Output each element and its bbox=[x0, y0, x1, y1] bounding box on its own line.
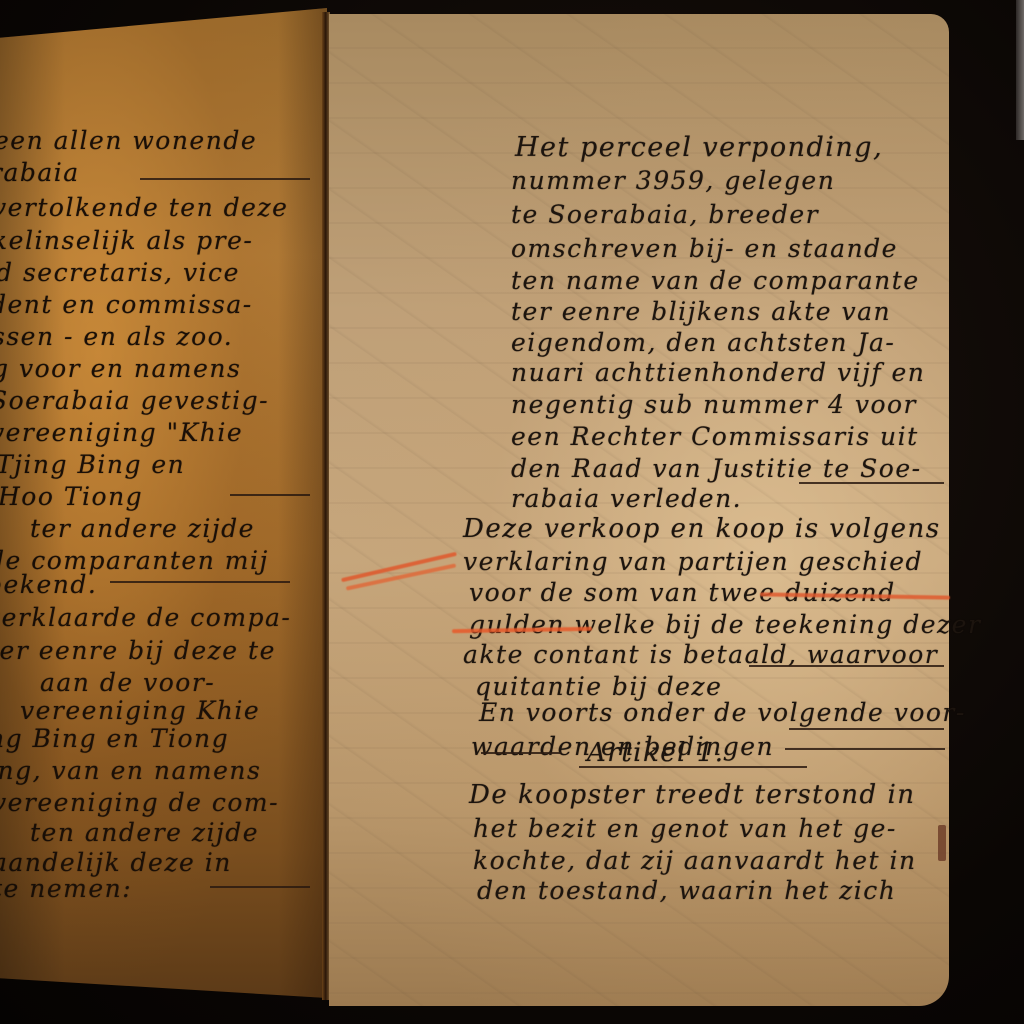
right-line: den toestand, waarin het zich bbox=[477, 876, 896, 905]
left-line: ter andere zijde bbox=[30, 514, 255, 543]
right-line: En voorts onder de volgende voor- bbox=[479, 698, 966, 727]
left-line: verklaarde de compa- bbox=[0, 603, 291, 632]
left-line: ten andere zijde bbox=[30, 818, 259, 847]
fill-line bbox=[110, 581, 290, 583]
right-line: akte contant is betaald, waarvoor bbox=[463, 640, 938, 669]
right-line: het bezit en genot van het ge- bbox=[473, 814, 897, 843]
left-line: Tjing Bing en bbox=[0, 450, 185, 479]
left-line: aan de voor- bbox=[40, 668, 215, 697]
right-line: ter eenre blijkens akte van bbox=[511, 297, 891, 326]
left-line: ter eenre bij deze te bbox=[0, 636, 276, 665]
left-page: een allen wonende rabaia vertolkende ten… bbox=[0, 8, 327, 998]
right-line: negentig sub nummer 4 voor bbox=[511, 390, 917, 419]
left-line: te nemen: bbox=[0, 874, 132, 903]
page-tab-mark bbox=[938, 825, 946, 861]
right-line: waarden en bedingen bbox=[471, 732, 774, 761]
right-line: verklaring van partijen geschied bbox=[463, 547, 923, 576]
right-line: De koopster treedt terstond in bbox=[469, 780, 916, 810]
document-photo: een allen wonende rabaia vertolkende ten… bbox=[0, 0, 1024, 1024]
right-line: gulden welke bij de teekening dezer bbox=[469, 610, 981, 639]
left-line: d secretaris, vice bbox=[0, 258, 240, 287]
left-line: rabaia bbox=[0, 158, 80, 187]
left-line: ing, van en namens bbox=[0, 756, 261, 785]
fill-line bbox=[481, 752, 561, 754]
left-line: bekend. bbox=[0, 570, 97, 599]
right-line: den Raad van Justitie te Soe- bbox=[511, 454, 922, 483]
right-line: omschreven bij- en staande bbox=[511, 234, 898, 263]
right-line: rabaia verleden. bbox=[511, 484, 742, 513]
fill-line bbox=[749, 665, 944, 667]
fill-line bbox=[799, 482, 944, 484]
right-line: nuari achttienhonderd vijf en bbox=[511, 358, 925, 387]
left-line: g voor en namens bbox=[0, 354, 241, 383]
right-page: Het perceel verponding, nummer 3959, gel… bbox=[329, 14, 949, 1006]
left-line: vereeniging Khie bbox=[20, 696, 260, 725]
right-line: een Rechter Commissaris uit bbox=[511, 422, 919, 451]
left-line: vereeniging "Khie bbox=[0, 418, 243, 447]
left-line: aandelijk deze in bbox=[0, 848, 232, 877]
left-line: ng Bing en Tiong bbox=[0, 724, 229, 753]
left-line: een allen wonende bbox=[0, 126, 257, 155]
right-line: Het perceel verponding, bbox=[515, 132, 883, 163]
background-object-edge bbox=[1016, 0, 1024, 140]
article-heading: Artikel 1. bbox=[587, 738, 725, 768]
right-line: Deze verkoop en koop is volgens bbox=[463, 514, 941, 544]
fill-line bbox=[230, 494, 310, 496]
left-line: vereeniging de com- bbox=[0, 788, 279, 817]
left-line: kelinselijk als pre- bbox=[0, 226, 253, 255]
fill-line bbox=[785, 748, 945, 750]
right-line: nummer 3959, gelegen bbox=[511, 166, 835, 195]
fill-line bbox=[789, 728, 944, 730]
fill-line bbox=[140, 178, 310, 180]
right-line: quitantie bij deze bbox=[475, 672, 722, 701]
left-line: Soerabaia gevestig- bbox=[0, 386, 269, 415]
right-line: kochte, dat zij aanvaardt het in bbox=[473, 846, 917, 875]
right-line: voor de som van twee duizend bbox=[469, 578, 896, 607]
heading-underline bbox=[579, 766, 807, 768]
left-line: ssen - en als zoo. bbox=[0, 322, 233, 351]
fill-line bbox=[210, 886, 310, 888]
left-line: dent en commissa- bbox=[0, 290, 253, 319]
right-line: ten name van de comparante bbox=[511, 266, 920, 295]
left-line: Hoo Tiong bbox=[0, 482, 143, 511]
left-line: de comparanten mij bbox=[0, 546, 269, 575]
right-line: te Soerabaia, breeder bbox=[511, 200, 819, 229]
right-line: eigendom, den achtsten Ja- bbox=[511, 328, 895, 357]
left-line: vertolkende ten deze bbox=[0, 193, 288, 222]
